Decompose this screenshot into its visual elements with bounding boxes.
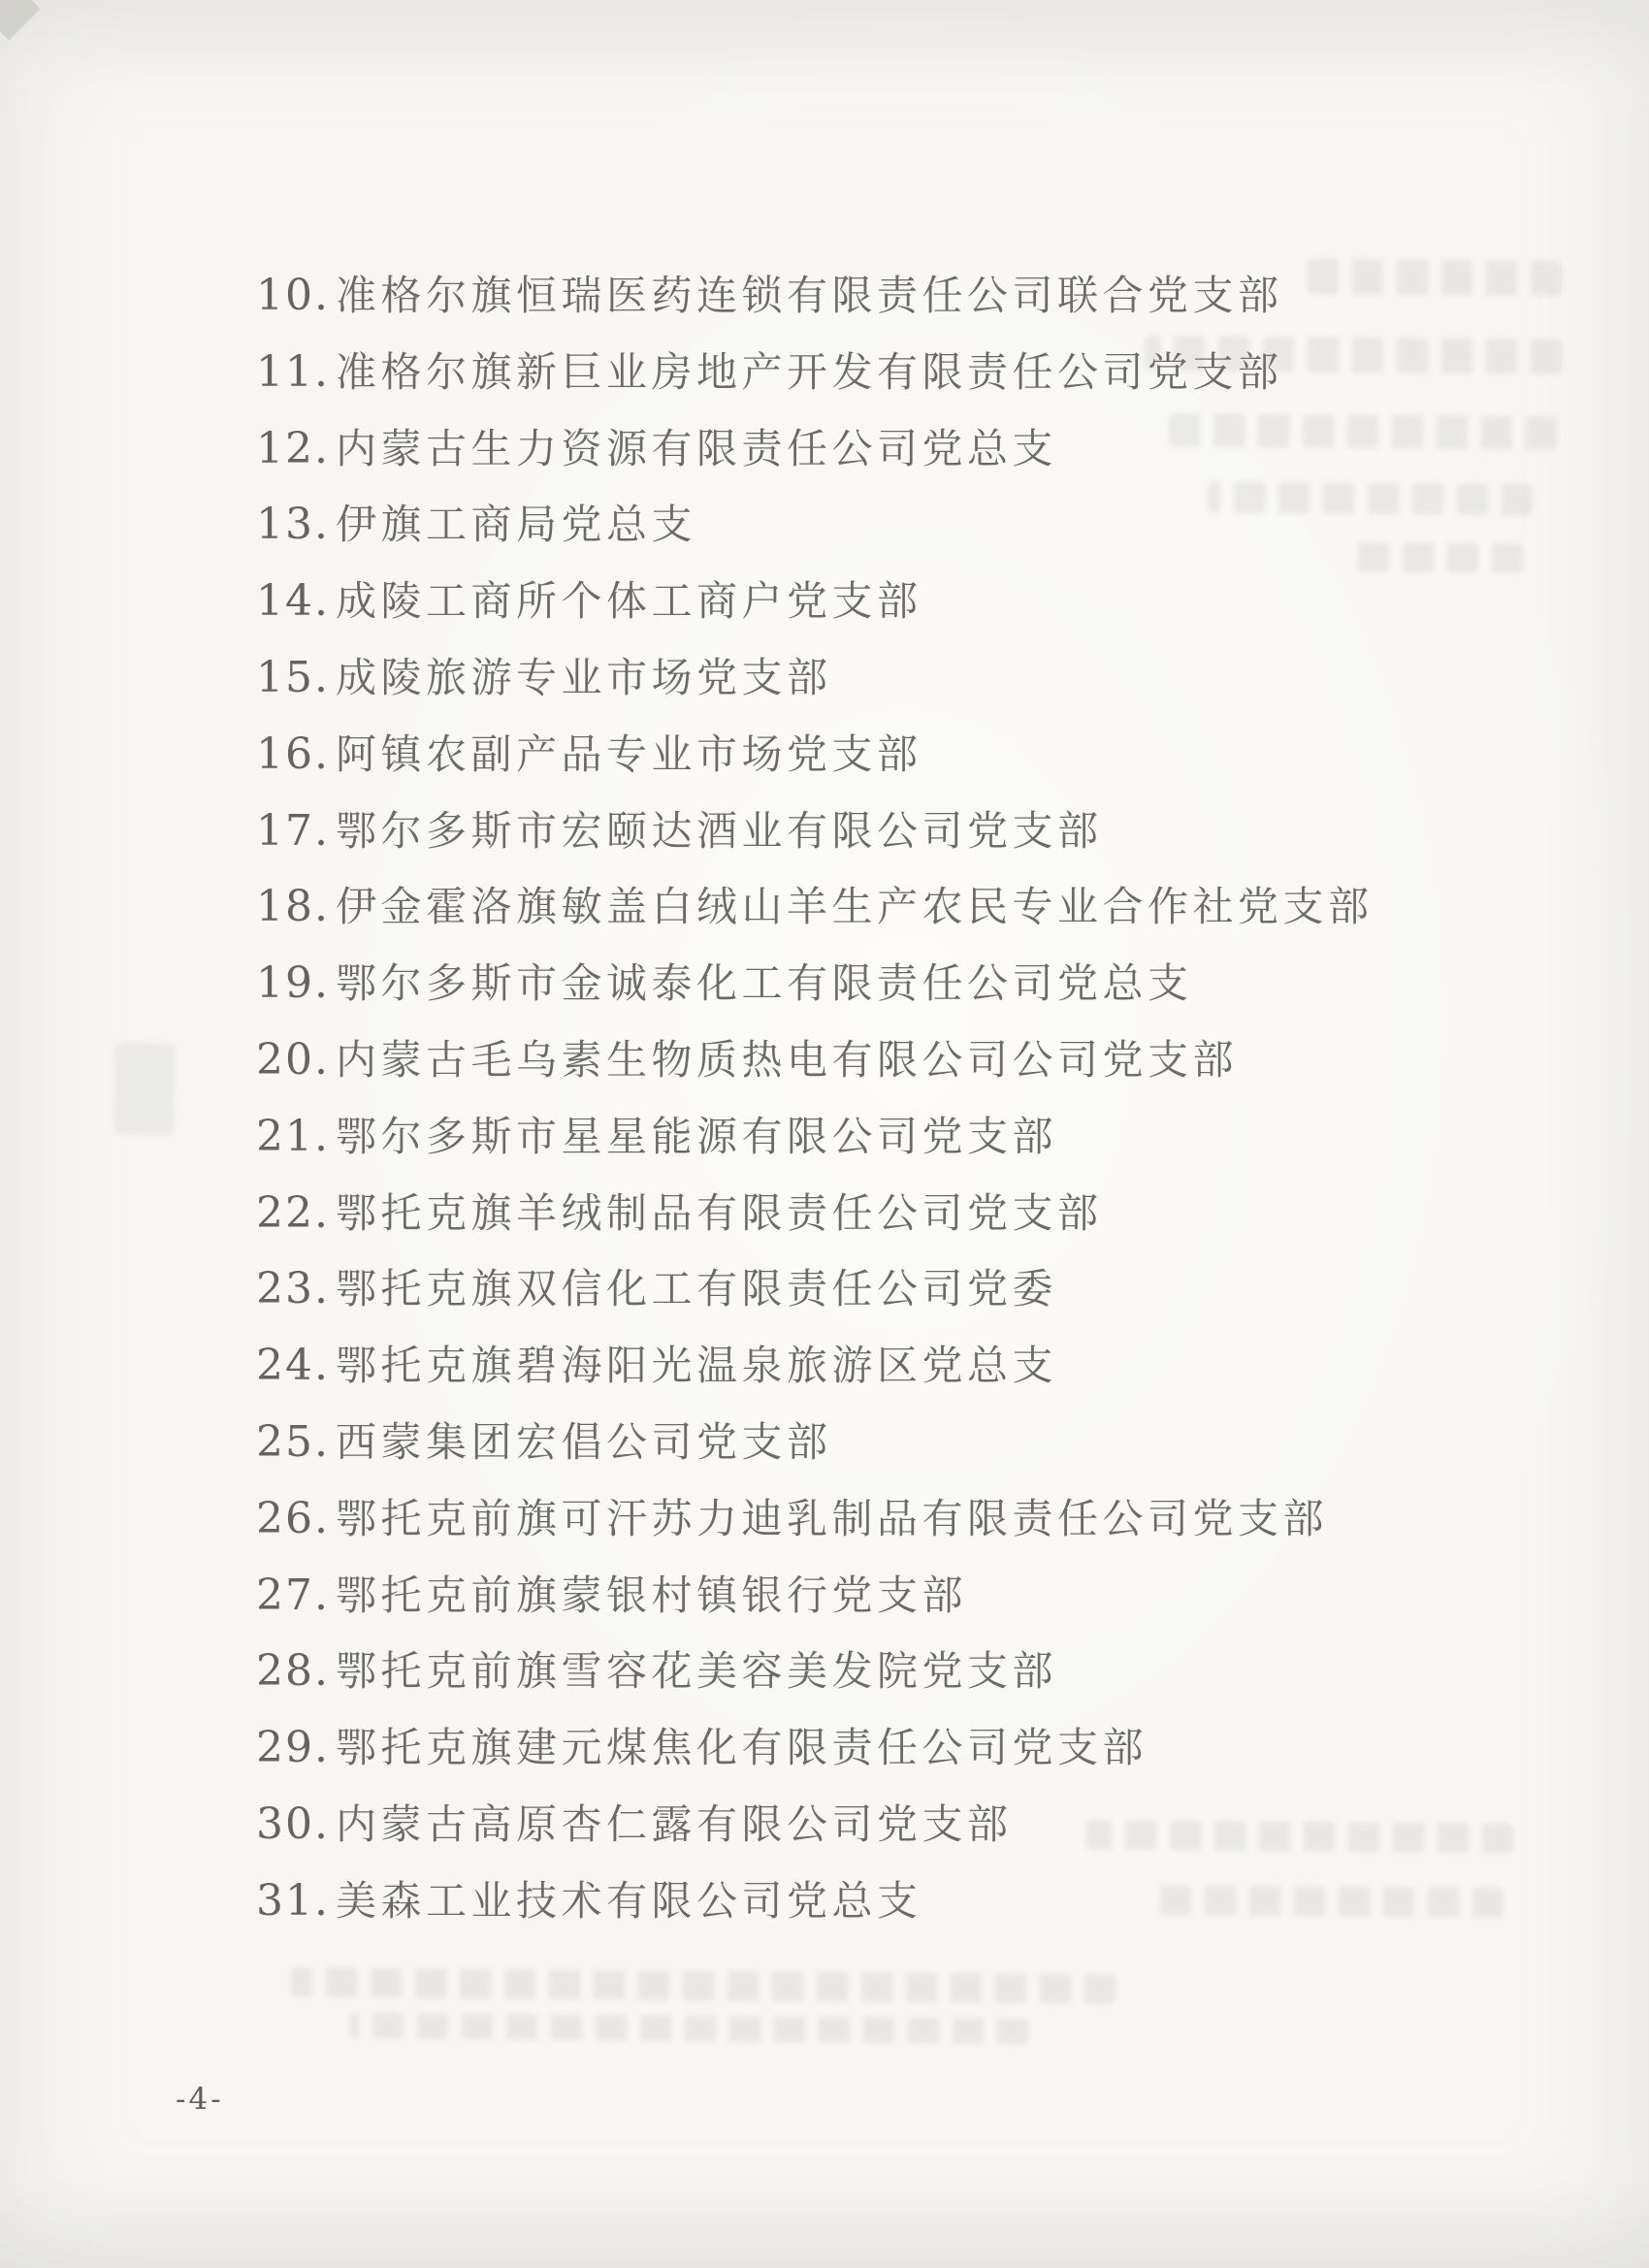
list-item: 24.鄂托克旗碧海阳光温泉旅游区党总支 [256, 1328, 1420, 1405]
list-item: 22.鄂托克旗羊绒制品有限责任公司党支部 [256, 1176, 1420, 1252]
list-item-text: 西蒙集团宏倡公司党支部 [336, 1418, 832, 1466]
list-item-text: 伊金霍洛旗敏盖白绒山羊生产农民专业合作社党支部 [336, 883, 1374, 930]
list-item-text: 美森工业技术有限公司党总支 [336, 1877, 922, 1925]
list-item: 14.成陵工商所个体工商户党支部 [256, 564, 1420, 640]
list-item: 16.阿镇农副产品专业市场党支部 [256, 717, 1420, 794]
list-item-text: 鄂托克前旗雪容花美容美发院党支部 [336, 1647, 1057, 1695]
list-item-text: 鄂托克旗羊绒制品有限责任公司党支部 [336, 1189, 1103, 1237]
list-item-number: 16. [256, 729, 330, 779]
scanned-document-page: 10.准格尔旗恒瑞医药连锁有限责任公司联合党支部 11.准格尔旗新巨业房地产开发… [0, 0, 1649, 2268]
list-item: 28.鄂托克前旗雪容花美容美发院党支部 [256, 1634, 1420, 1710]
list-item-text: 成陵工商所个体工商户党支部 [336, 577, 922, 625]
list-item-number: 29. [256, 1723, 330, 1772]
list-item: 19.鄂尔多斯市金诚泰化工有限责任公司党总支 [256, 946, 1420, 1022]
list-item-number: 26. [256, 1494, 330, 1543]
list-item-text: 鄂托克旗建元煤焦化有限责任公司党支部 [336, 1724, 1148, 1771]
list-item: 20.内蒙古毛乌素生物质热电有限公司公司党支部 [256, 1022, 1420, 1099]
list-item-text: 鄂尔多斯市宏颐达酒业有限公司党支部 [336, 807, 1103, 855]
party-branch-list: 10.准格尔旗恒瑞医药连锁有限责任公司联合党支部 11.准格尔旗新巨业房地产开发… [256, 258, 1420, 1940]
list-item-number: 19. [256, 958, 330, 1008]
list-item: 27.鄂托克前旗蒙银村镇银行党支部 [256, 1558, 1420, 1635]
list-item-number: 10. [256, 271, 330, 320]
list-item: 29.鄂托克旗建元煤焦化有限责任公司党支部 [256, 1710, 1420, 1787]
list-item: 18.伊金霍洛旗敏盖白绒山羊生产农民专业合作社党支部 [256, 869, 1420, 946]
list-item: 15.成陵旅游专业市场党支部 [256, 640, 1420, 717]
list-item-text: 成陵旅游专业市场党支部 [336, 654, 832, 701]
list-item-number: 30. [256, 1799, 330, 1849]
list-item-number: 25. [256, 1417, 330, 1467]
list-item-number: 31. [256, 1876, 330, 1926]
bleed-through-smudge [349, 2013, 1028, 2044]
list-item-number: 14. [256, 576, 330, 626]
list-item-number: 23. [256, 1264, 330, 1313]
list-item: 26.鄂托克前旗可汗苏力迪乳制品有限责任公司党支部 [256, 1481, 1420, 1558]
list-item: 25.西蒙集团宏倡公司党支部 [256, 1405, 1420, 1481]
list-item-text: 鄂托克前旗蒙银村镇银行党支部 [336, 1571, 967, 1619]
list-item-number: 13. [256, 500, 330, 549]
list-item: 30.内蒙古高原杏仁露有限公司党支部 [256, 1787, 1420, 1863]
list-item: 13.伊旗工商局党总支 [256, 487, 1420, 564]
list-item-text: 鄂尔多斯市金诚泰化工有限责任公司党总支 [336, 959, 1193, 1007]
list-item-number: 24. [256, 1341, 330, 1390]
list-item-text: 内蒙古高原杏仁露有限公司党支部 [336, 1800, 1013, 1848]
list-item: 17.鄂尔多斯市宏颐达酒业有限公司党支部 [256, 794, 1420, 870]
list-item-number: 18. [256, 882, 330, 931]
list-item-number: 22. [256, 1188, 330, 1238]
list-item: 31.美森工业技术有限公司党总支 [256, 1863, 1420, 1940]
bleed-through-smudge [114, 1043, 176, 1136]
list-item-text: 鄂尔多斯市星星能源有限公司党支部 [336, 1113, 1057, 1160]
list-item-text: 准格尔旗恒瑞医药连锁有限责任公司联合党支部 [336, 272, 1283, 319]
list-item-text: 内蒙古毛乌素生物质热电有限公司公司党支部 [336, 1036, 1238, 1084]
list-item-text: 内蒙古生力资源有限责任公司党总支 [336, 425, 1057, 472]
list-item-number: 17. [256, 806, 330, 856]
list-item: 21.鄂尔多斯市星星能源有限公司党支部 [256, 1099, 1420, 1176]
list-item-text: 鄂托克旗双信化工有限责任公司党委 [336, 1265, 1057, 1312]
list-item-number: 28. [256, 1646, 330, 1696]
list-item-number: 20. [256, 1035, 330, 1085]
list-item-number: 15. [256, 653, 330, 702]
page-number: -4- [176, 2082, 224, 2117]
list-item-number: 11. [256, 347, 330, 397]
list-item-text: 鄂托克旗碧海阳光温泉旅游区党总支 [336, 1342, 1057, 1389]
list-item-text: 鄂托克前旗可汗苏力迪乳制品有限责任公司党支部 [336, 1495, 1328, 1542]
list-item: 11.准格尔旗新巨业房地产开发有限责任公司党支部 [256, 335, 1420, 411]
list-item: 10.准格尔旗恒瑞医药连锁有限责任公司联合党支部 [256, 258, 1420, 335]
list-item-number: 12. [256, 424, 330, 473]
list-item-text: 准格尔旗新巨业房地产开发有限责任公司党支部 [336, 348, 1283, 396]
list-item: 23.鄂托克旗双信化工有限责任公司党委 [256, 1251, 1420, 1328]
list-item: 12.内蒙古生力资源有限责任公司党总支 [256, 411, 1420, 488]
scan-corner-artifact [0, 0, 41, 41]
list-item-number: 21. [256, 1112, 330, 1161]
list-item-number: 27. [256, 1571, 330, 1620]
bleed-through-smudge [291, 1967, 1115, 2003]
list-item-text: 阿镇农副产品专业市场党支部 [336, 730, 922, 778]
list-item-text: 伊旗工商局党总支 [336, 501, 696, 548]
